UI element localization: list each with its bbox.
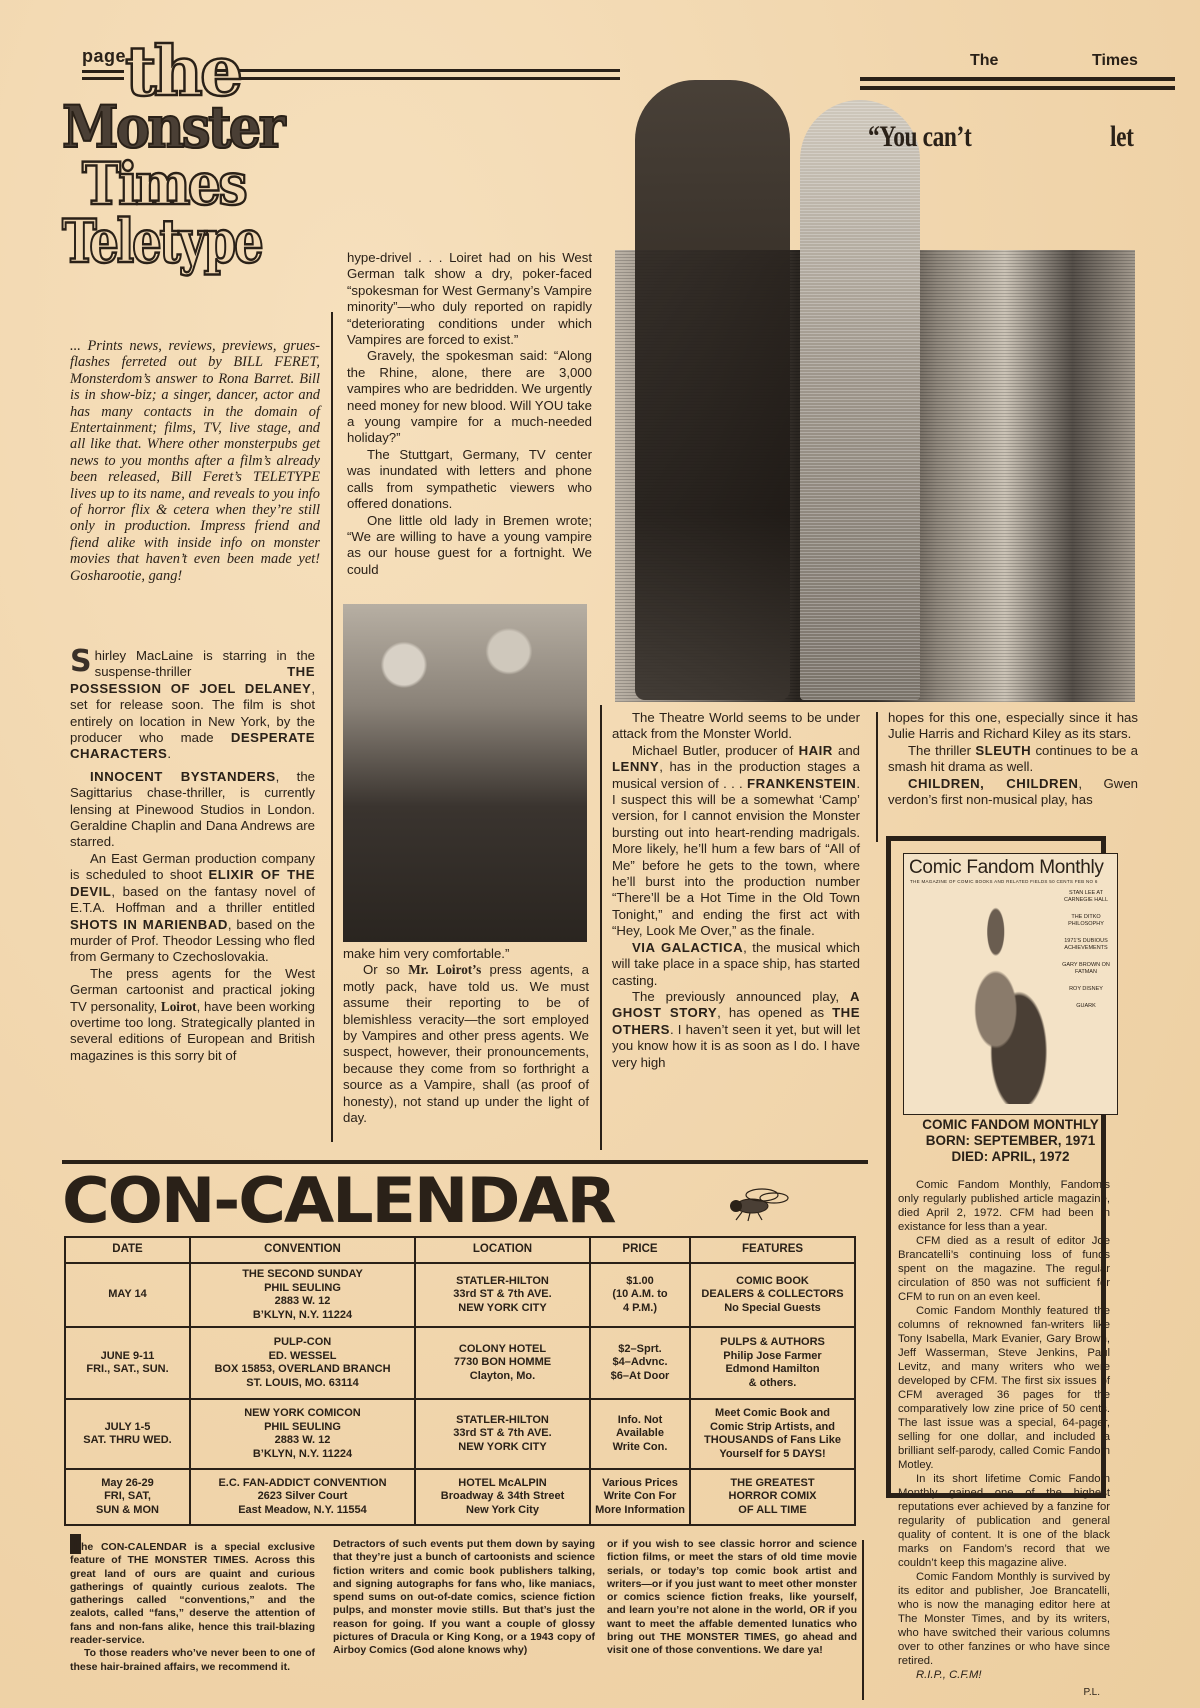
cfm-caption: COMIC FANDOM MONTHLY BORN: SEPTEMBER, 19… [903,1117,1118,1165]
author-initials: P.L. [898,1686,1110,1700]
price-cell: Info. NotAvailableWrite Con. [590,1399,690,1469]
film-title: SHOTS IN MARIENBAD [70,917,228,932]
column-header: LOCATION [415,1237,590,1263]
column-3: The Theatre World seems to be under atta… [612,710,860,1071]
logo-monster: Monster [62,98,283,156]
cfm-cover-image: Comic Fandom Monthly THE MAGAZINE OF COM… [903,853,1118,1115]
column-divider [862,1540,864,1700]
features-cell: PULPS & AUTHORSPhilip Jose FarmerEdmond … [690,1327,855,1399]
page-label: page [82,46,126,67]
column-2-top: hype-drivel . . . Loiret had on his West… [347,250,592,578]
column-header: PRICE [590,1237,690,1263]
cfm-cover-tagline: THE MAGAZINE OF COMIC BOOKS AND RELATED … [904,879,1117,884]
masthead-rule [215,69,620,72]
con-calendar-title: CON-CALENDAR [62,1170,615,1232]
monster-figure [635,80,790,700]
headline-quote-left: “You can’t [868,120,971,154]
man-figure [800,100,920,700]
price-cell: Various PricesWrite Con ForMore Informat… [590,1469,690,1525]
page-label-rule [82,77,124,80]
column-header: FEATURES [690,1237,855,1263]
header-rule [860,77,1175,81]
film-title: INNOCENT BYSTANDERS [90,769,276,784]
date-cell: MAY 14 [65,1263,190,1327]
con-calendar-blurb-1: The CON-CALENDAR is a special exclusive … [70,1538,315,1674]
location-cell: STATLER-HILTON33rd ST & 7th AVE.NEW YORK… [415,1399,590,1469]
convention-cell: NEW YORK COMICONPHIL SEULING2883 W. 12B’… [190,1399,415,1469]
cfm-cover-title: Comic Fandom Monthly [904,854,1117,879]
location-cell: COLONY HOTEL7730 BON HOMMEClayton, Mo. [415,1327,590,1399]
headline-quote-right: let [1110,120,1134,154]
con-calendar-blurb-3: or if you wish to see classic horror and… [607,1538,857,1658]
masthead-rule [215,77,620,80]
logo-times: Times [82,155,245,213]
con-calendar-blurb-2: Detractors of such events put them down … [333,1538,595,1658]
table-row: JUNE 9-11FRI., SAT., SUN. PULP-CONED. WE… [65,1327,855,1399]
column-divider [876,712,878,842]
cover-illustration [944,894,1059,1104]
dracula-photo [343,604,587,942]
features-cell: THE GREATESTHORROR COMIXOF ALL TIME [690,1469,855,1525]
cfm-cover-contents: STAN LEE AT CARNEGIE HALL THE DITKO PHIL… [1061,890,1111,1010]
convention-cell: E.C. FAN-ADDICT CONVENTION2623 Silver Co… [190,1469,415,1525]
fly-icon [722,1186,792,1222]
column-header: DATE [65,1237,190,1263]
column-divider [331,312,333,1142]
convention-cell: PULP-CONED. WESSELBOX 15853, OVERLAND BR… [190,1327,415,1399]
con-calendar-table: DATE CONVENTION LOCATION PRICE FEATURES … [64,1236,856,1526]
shirley-paragraph: Shirley MacLaine is starring in the susp… [70,648,315,763]
drop-cap: S [70,650,92,674]
running-header-the: The [970,52,998,70]
rip-signoff: R.I.P., C.F.M! [898,1668,1110,1682]
convention-cell: THE SECOND SUNDAYPHIL SEULING2883 W. 12B… [190,1263,415,1327]
column-header: CONVENTION [190,1237,415,1263]
table-row: May 26-29FRI, SAT,SUN & MON E.C. FAN-ADD… [65,1469,855,1525]
features-cell: Meet Comic Book andComic Strip Artists, … [690,1399,855,1469]
running-header-times: Times [1092,52,1138,70]
east-german-paragraph: An East German production company is sch… [70,851,315,966]
date-cell: JUNE 9-11FRI., SAT., SUN. [65,1327,190,1399]
date-cell: JULY 1-5SAT. THRU WED. [65,1399,190,1469]
innocent-bystanders-paragraph: INNOCENT BYSTANDERS, the Sagittarius cha… [70,769,315,851]
price-cell: $2–Sprt.$4–Advnc.$6–At Door [590,1327,690,1399]
column-divider [600,705,602,1150]
location-cell: STATLER-HILTON33rd ST & 7th AVE.NEW YORK… [415,1263,590,1327]
header-rule [860,86,1175,90]
table-row: MAY 14 THE SECOND SUNDAYPHIL SEULING2883… [65,1263,855,1327]
drop-cap: T [70,1534,81,1554]
price-cell: $1.00(10 A.M. to4 P.M.) [590,1263,690,1327]
location-cell: HOTEL McALPINBroadway & 34th StreetNew Y… [415,1469,590,1525]
page-label-rule [82,70,124,73]
cfm-article: Comic Fandom Monthly, Fandom’s only regu… [898,1178,1110,1700]
column-1: Shirley MacLaine is starring in the susp… [70,648,315,1064]
table-header-row: DATE CONVENTION LOCATION PRICE FEATURES [65,1237,855,1263]
column-2-bottom: make him very comfortable.” Or so Mr. Lo… [343,946,589,1126]
intro-paragraph: ... Prints news, reviews, previews, grue… [70,338,320,584]
logo-teletype: Teletype [62,212,261,272]
table-row: JULY 1-5SAT. THRU WED. NEW YORK COMICONP… [65,1399,855,1469]
features-cell: COMIC BOOKDEALERS & COLLECTORSNo Special… [690,1263,855,1327]
date-cell: May 26-29FRI, SAT,SUN & MON [65,1469,190,1525]
press-agents-paragraph: The press agents for the West German car… [70,966,315,1064]
column-4: hopes for this one, especially since it … [888,710,1138,808]
